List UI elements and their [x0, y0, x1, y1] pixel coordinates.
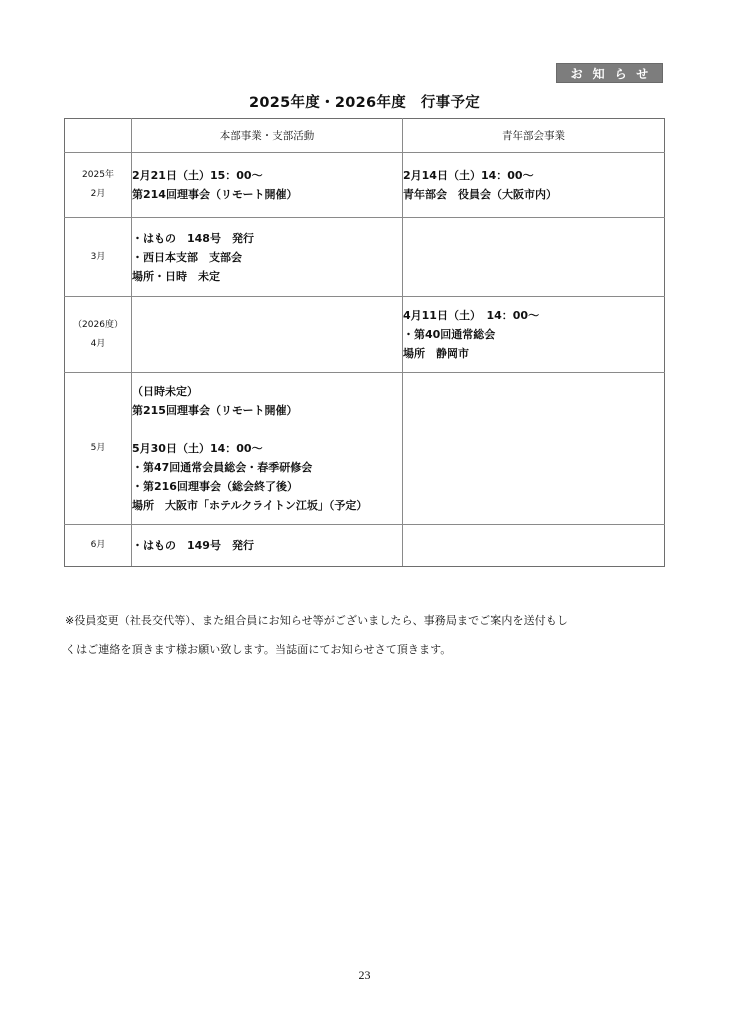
month-cell: 3月 — [65, 218, 132, 297]
month-cell: 2025年 2月 — [65, 153, 132, 218]
header-seinen: 青年部会事業 — [403, 119, 665, 153]
table-header-row: 本部事業・支部活動 青年部会事業 — [65, 119, 665, 153]
table-row: 6月 ・はもの 149号 発行 — [65, 525, 665, 567]
table-row: （2026度） 4月 4月11日（土） 14：00～ ・第40回通常総会 場所 … — [65, 297, 665, 373]
footnote: ※役員変更（社長交代等）、また組合員にお知らせ等がございましたら、事務局までご案… — [65, 606, 675, 664]
notice-badge: お知らせ — [556, 63, 663, 83]
table-row: 2025年 2月 2月21日（土）15：00～ 第214回理事会（リモート開催）… — [65, 153, 665, 218]
honbu-cell: 2月21日（土）15：00～ 第214回理事会（リモート開催） — [132, 153, 403, 218]
seinen-cell: 2月14日（土）14：00～ 青年部会 役員会（大阪市内） — [403, 153, 665, 218]
table-row: 3月 ・はもの 148号 発行 ・西日本支部 支部会 場所・日時 未定 — [65, 218, 665, 297]
seinen-cell: 4月11日（土） 14：00～ ・第40回通常総会 場所 静岡市 — [403, 297, 665, 373]
month-cell: 6月 — [65, 525, 132, 567]
honbu-cell — [132, 297, 403, 373]
seinen-cell — [403, 218, 665, 297]
honbu-cell: ・はもの 149号 発行 — [132, 525, 403, 567]
schedule-table: 本部事業・支部活動 青年部会事業 2025年 2月 2月21日（土）15：00～… — [64, 118, 665, 567]
seinen-cell — [403, 525, 665, 567]
honbu-cell: （日時未定） 第215回理事会（リモート開催） 5月30日（土）14：00～ ・… — [132, 373, 403, 525]
seinen-cell — [403, 373, 665, 525]
header-honbu: 本部事業・支部活動 — [132, 119, 403, 153]
month-cell: （2026度） 4月 — [65, 297, 132, 373]
page-number: 23 — [0, 968, 729, 983]
honbu-cell: ・はもの 148号 発行 ・西日本支部 支部会 場所・日時 未定 — [132, 218, 403, 297]
footnote-line: くはご連絡を頂きます様お願い致します。当誌面にてお知らせさて頂きます。 — [65, 635, 675, 664]
page-title: 2025年度・2026年度 行事予定 — [0, 94, 729, 112]
footnote-line: ※役員変更（社長交代等）、また組合員にお知らせ等がございましたら、事務局までご案… — [65, 606, 675, 635]
month-cell: 5月 — [65, 373, 132, 525]
table-row: 5月 （日時未定） 第215回理事会（リモート開催） 5月30日（土）14：00… — [65, 373, 665, 525]
header-month — [65, 119, 132, 153]
